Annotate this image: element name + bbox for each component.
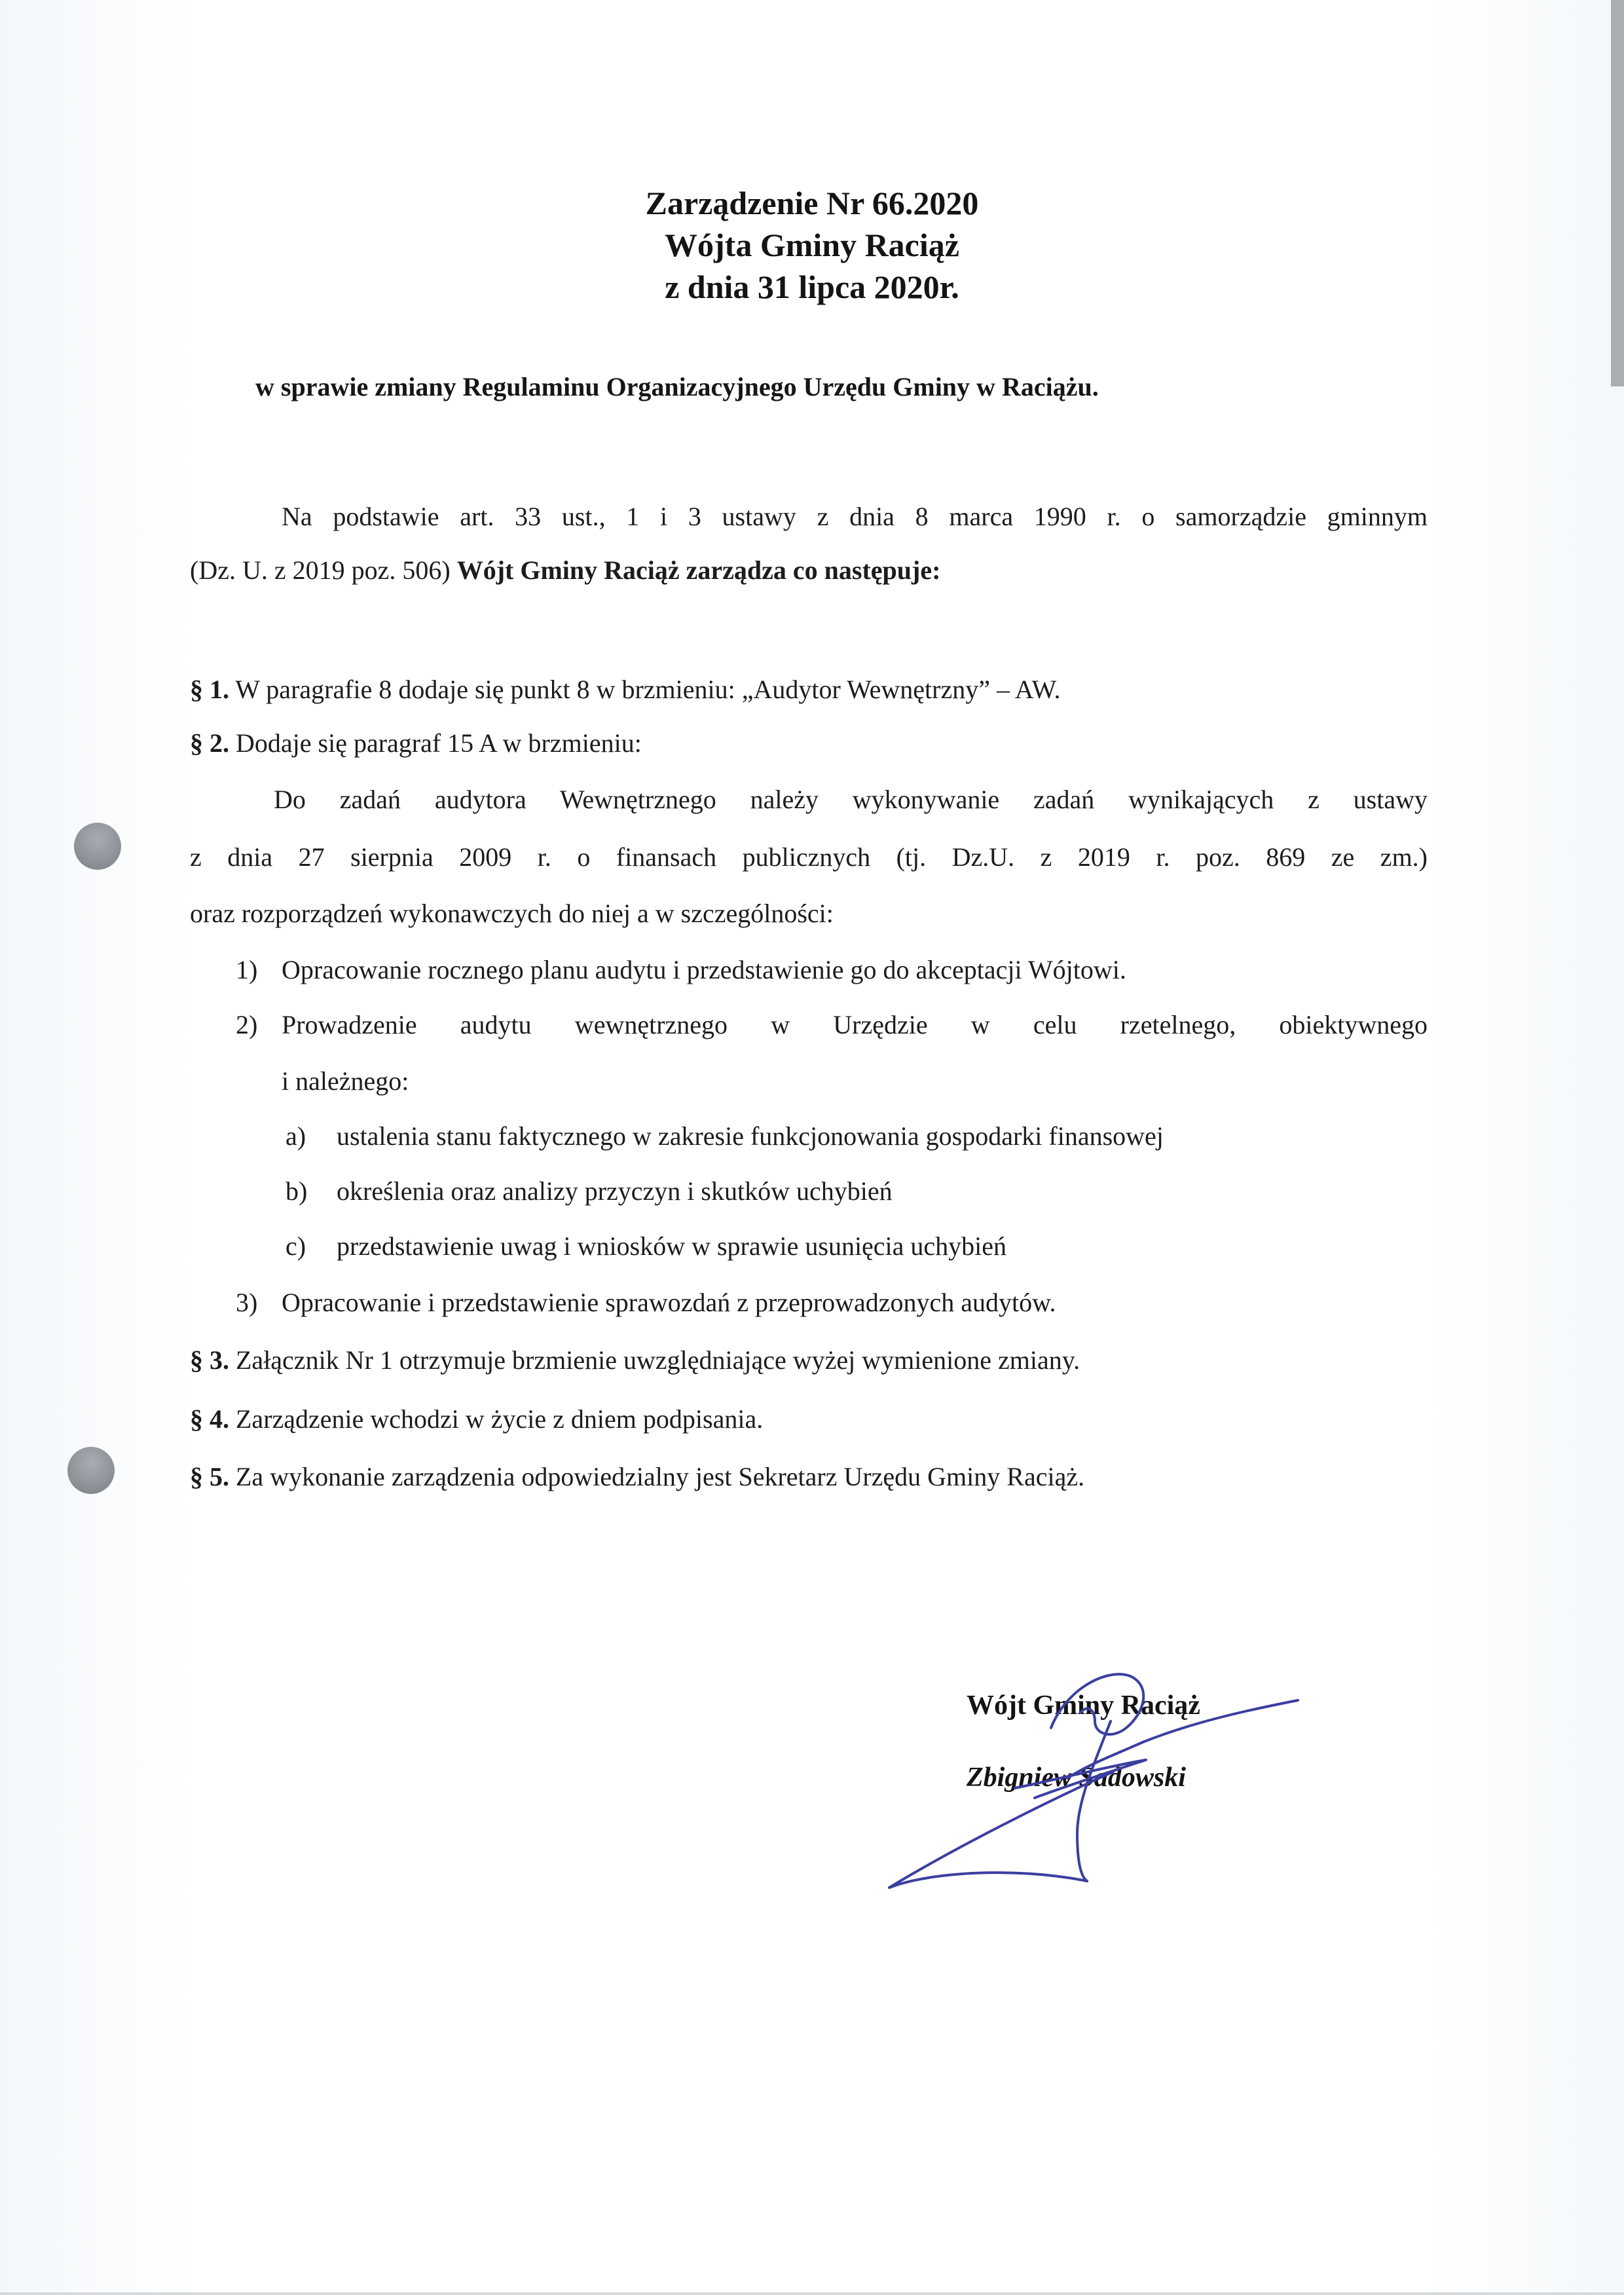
title-line-date: z dnia 31 lipca 2020r. bbox=[0, 266, 1624, 308]
paragraph-2-body-line-1: Do zadań audytora Wewnętrznego należy wy… bbox=[274, 783, 1428, 816]
paragraph-marker: § 4. bbox=[190, 1404, 229, 1434]
sub-item-b: b)określenia oraz analizy przyczyn i sku… bbox=[286, 1175, 893, 1208]
paragraph-3: § 3. Załącznik Nr 1 otrzymuje brzmienie … bbox=[190, 1344, 1080, 1377]
sub-item-letter: a) bbox=[286, 1120, 337, 1153]
paragraph-2-body-line-3: oraz rozporządzeń wykonawczych do niej a… bbox=[190, 897, 834, 930]
binder-punch-hole-icon bbox=[67, 1447, 115, 1494]
scanner-bottom-edge bbox=[0, 2292, 1624, 2295]
sub-item-c: c)przedstawienie uwag i wniosków w spraw… bbox=[286, 1230, 1006, 1263]
list-item-number: 3) bbox=[236, 1286, 282, 1319]
title-line-issuer: Wójta Gminy Raciąż bbox=[0, 224, 1624, 266]
title-line-ordinance-number: Zarządzenie Nr 66.2020 bbox=[0, 182, 1624, 224]
paragraph-5: § 5. Za wykonanie zarządzenia odpowiedzi… bbox=[190, 1461, 1084, 1493]
sub-item-a: a)ustalenia stanu faktycznego w zakresie… bbox=[286, 1120, 1164, 1153]
document-title: Zarządzenie Nr 66.2020 Wójta Gminy Racią… bbox=[0, 182, 1624, 308]
paragraph-2-body-line-2: z dnia 27 sierpnia 2009 r. o finansach p… bbox=[190, 841, 1428, 874]
paragraph-4: § 4. Zarządzenie wchodzi w życie z dniem… bbox=[190, 1403, 763, 1436]
sub-item-letter: c) bbox=[286, 1230, 337, 1263]
scanned-page: Zarządzenie Nr 66.2020 Wójta Gminy Racią… bbox=[0, 0, 1624, 2295]
preamble-line-2: (Dz. U. z 2019 poz. 506) Wójt Gminy Raci… bbox=[190, 554, 940, 587]
list-item-number: 1) bbox=[236, 954, 282, 986]
paragraph-2: § 2. Dodaje się paragraf 15 A w brzmieni… bbox=[190, 727, 642, 760]
paragraph-marker: § 1. bbox=[190, 675, 229, 704]
sub-item-letter: b) bbox=[286, 1175, 337, 1208]
handwritten-signature-icon bbox=[851, 1651, 1310, 1899]
preamble-line-1: Na podstawie art. 33 ust., 1 i 3 ustawy … bbox=[282, 500, 1428, 533]
preamble-enacting-clause: Wójt Gminy Raciąż zarządza co następuje: bbox=[457, 555, 941, 585]
list-item-3: 3)Opracowanie i przedstawienie sprawozda… bbox=[236, 1286, 1056, 1319]
paragraph-marker: § 3. bbox=[190, 1345, 229, 1375]
document-subject: w sprawie zmiany Regulaminu Organizacyjn… bbox=[255, 371, 1099, 403]
binder-punch-hole-icon bbox=[74, 823, 121, 870]
list-item-2-continuation: i należnego: bbox=[282, 1065, 409, 1098]
list-item-1: 1)Opracowanie rocznego planu audytu i pr… bbox=[236, 954, 1126, 986]
paragraph-marker: § 5. bbox=[190, 1462, 229, 1491]
paragraph-1: § 1. W paragrafie 8 dodaje się punkt 8 w… bbox=[190, 673, 1061, 706]
list-item-number: 2) bbox=[236, 1009, 257, 1041]
paragraph-marker: § 2. bbox=[190, 728, 229, 758]
